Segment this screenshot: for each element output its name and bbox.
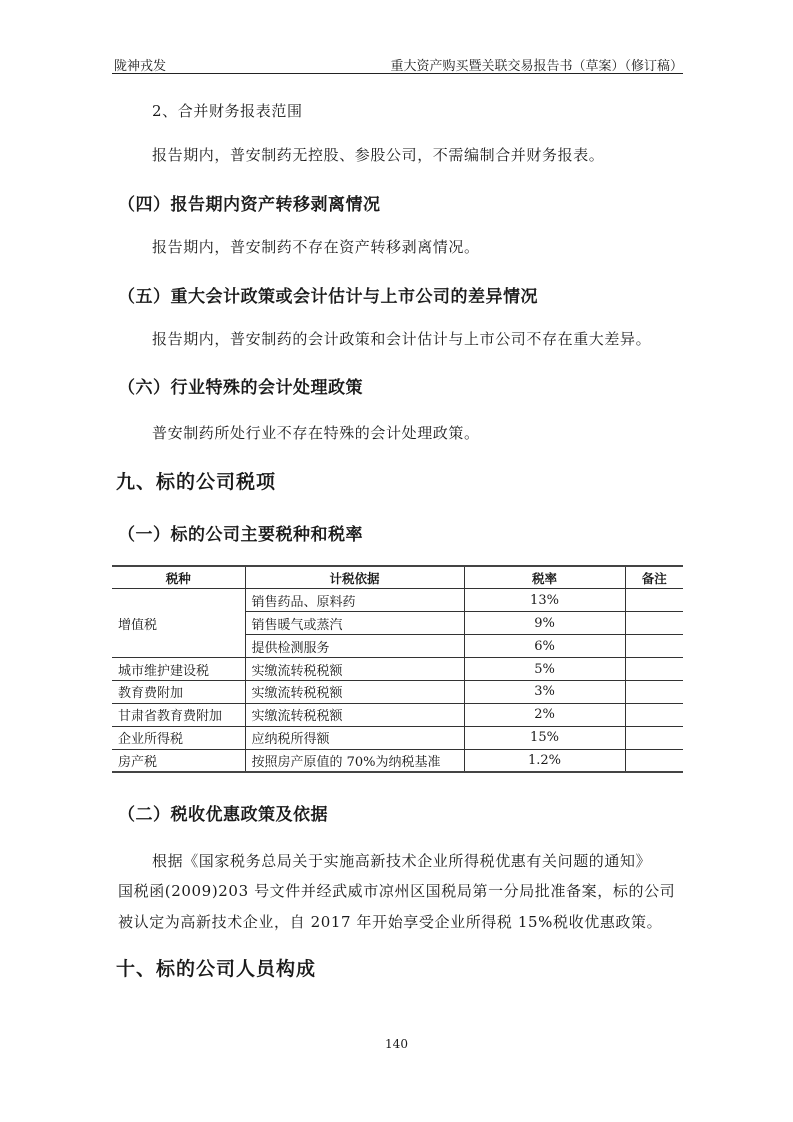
cell-basis: 实缴流转税税额: [245, 658, 464, 681]
col-header-rate: 税率: [464, 566, 625, 589]
consolidation-text: 报告期内，普安制药无控股、参股公司，不需编制合并财务报表。: [152, 144, 604, 165]
cell-tax-type: 甘肃省教育费附加: [112, 703, 245, 726]
section-4-text: 报告期内，普安制药不存在资产转移剥离情况。: [152, 236, 480, 257]
section-6-text: 普安制药所处行业不存在特殊的会计处理政策。: [152, 422, 480, 443]
table-row: 增值税 销售药品、原料药 13%: [112, 589, 683, 612]
cell-tax-type: 企业所得税: [112, 726, 245, 749]
chapter-9-section-1-title: （一）标的公司主要税种和税率: [118, 520, 363, 545]
col-header-tax-type: 税种: [112, 566, 245, 589]
cell-tax-type: 增值税: [112, 589, 245, 658]
cell-rate: 13%: [464, 589, 625, 612]
tax-incentive-line-1: 根据《国家税务总局关于实施高新技术企业所得税优惠有关问题的通知》: [152, 850, 651, 871]
table-row: 房产税 按照房产原值的 70%为纳税基准 1.2%: [112, 749, 683, 772]
cell-tax-type: 城市维护建设税: [112, 658, 245, 681]
cell-note: [625, 703, 683, 726]
cell-note: [625, 658, 683, 681]
cell-rate: 1.2%: [464, 749, 625, 772]
cell-basis: 提供检测服务: [245, 635, 464, 658]
col-header-note: 备注: [625, 566, 683, 589]
cell-note: [625, 749, 683, 772]
cell-note: [625, 680, 683, 703]
col-header-basis: 计税依据: [245, 566, 464, 589]
section-5-text: 报告期内，普安制药的会计政策和会计估计与上市公司不存在重大差异。: [152, 328, 651, 349]
page-header: 陇神戎发 重大资产购买暨关联交易报告书（草案）（修订稿）: [112, 51, 683, 74]
header-company: 陇神戎发: [114, 55, 166, 74]
header-doc-title: 重大资产购买暨关联交易报告书（草案）（修订稿）: [390, 55, 683, 74]
cell-rate: 6%: [464, 635, 625, 658]
cell-basis: 实缴流转税税额: [245, 703, 464, 726]
chapter-9-title: 九、标的公司税项: [116, 467, 276, 494]
cell-tax-type: 房产税: [112, 749, 245, 772]
cell-rate: 15%: [464, 726, 625, 749]
cell-basis: 销售暖气或蒸汽: [245, 612, 464, 635]
chapter-10-title: 十、标的公司人员构成: [116, 954, 316, 981]
cell-note: [625, 635, 683, 658]
consolidation-title: 2、合并财务报表范围: [152, 100, 303, 121]
table-row: 城市维护建设税 实缴流转税税额 5%: [112, 658, 683, 681]
cell-tax-type: 教育费附加: [112, 680, 245, 703]
cell-rate: 5%: [464, 658, 625, 681]
cell-rate: 3%: [464, 680, 625, 703]
cell-rate: 9%: [464, 612, 625, 635]
cell-basis: 实缴流转税税额: [245, 680, 464, 703]
section-6-title: （六）行业特殊的会计处理政策: [118, 373, 363, 398]
cell-rate: 2%: [464, 703, 625, 726]
table-row: 甘肃省教育费附加 实缴流转税税额 2%: [112, 703, 683, 726]
section-5-title: （五）重大会计政策或会计估计与上市公司的差异情况: [118, 282, 538, 307]
page-number: 140: [0, 1037, 793, 1051]
chapter-9-section-2-title: （二）税收优惠政策及依据: [118, 800, 328, 825]
cell-note: [625, 589, 683, 612]
cell-note: [625, 612, 683, 635]
tax-incentive-line-3: 被认定为高新技术企业，自 2017 年开始享受企业所得税 15%税收优惠政策。: [118, 911, 662, 932]
table-header-row: 税种 计税依据 税率 备注: [112, 566, 683, 589]
section-4-title: （四）报告期内资产转移剥离情况: [118, 190, 381, 215]
tax-rate-table: 税种 计税依据 税率 备注 增值税 销售药品、原料药 13% 销售暖气或蒸汽 9…: [112, 565, 683, 773]
table-row: 教育费附加 实缴流转税税额 3%: [112, 680, 683, 703]
tax-incentive-line-2: 国税函(2009)203 号文件并经武威市凉州区国税局第一分局批准备案，标的公司: [118, 880, 675, 901]
cell-note: [625, 726, 683, 749]
cell-basis: 按照房产原值的 70%为纳税基准: [245, 749, 464, 772]
cell-basis: 销售药品、原料药: [245, 589, 464, 612]
table-row: 企业所得税 应纳税所得额 15%: [112, 726, 683, 749]
cell-basis: 应纳税所得额: [245, 726, 464, 749]
